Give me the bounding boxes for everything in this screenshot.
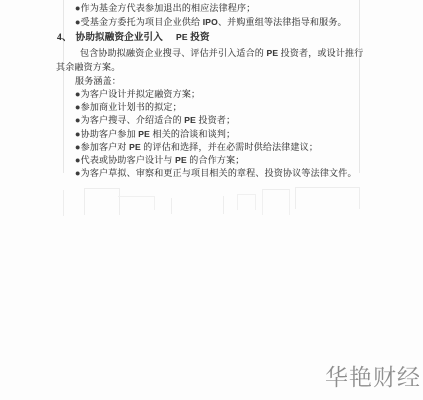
table-cell-outline (262, 189, 290, 215)
paragraph-line: 包含协助拟融资企业搜寻、评估并引入适合的 PE 投资者，或设计推行 (80, 48, 363, 58)
service-item: ●为客户搜寻、介绍适合的 PE 投资者； (75, 115, 235, 125)
bullet-line: ●作为基金方代表参加退出的相应法律程序； (75, 3, 255, 13)
table-line (223, 196, 224, 214)
service-item: ●为客户草拟、审察和更正与项目相关的章程、投资协议等法律文件。 (75, 168, 357, 178)
table-line (63, 190, 64, 216)
table-cell-outline (237, 194, 256, 210)
paragraph-line: 其余融资方案。 (56, 62, 120, 72)
page-right-border (359, 0, 360, 173)
service-item: ●参加商业计划书的拟定； (75, 102, 182, 112)
table-line (154, 196, 155, 210)
table-line (118, 196, 154, 197)
table-line (171, 198, 172, 214)
section-number: 4、 (57, 33, 72, 43)
service-item: ●为客户设计并拟定融资方案； (75, 89, 200, 99)
bullet-line: ●受基金方委托为项目企业供给 IPO、并购重组等法律指导和服务。 (75, 17, 347, 27)
section-heading: 4、协助拟融资企业引入PE 投资 (57, 32, 210, 43)
watermark: 华艳财经 (325, 359, 421, 392)
service-item: ●协助客户参加 PE 相关的洽谈和谈判； (75, 129, 235, 139)
section-title: 协助拟融资企业引入 (76, 33, 163, 43)
table-cell-outline (84, 188, 120, 215)
document-page: ●作为基金方代表参加退出的相应法律程序； ●受基金方委托为项目企业供给 IPO、… (0, 0, 423, 400)
service-item: ●代表或协助客户设计与 PE 的合作方案； (75, 155, 245, 165)
services-label: 服务涵盖： (75, 76, 121, 86)
service-item: ●参加客户对 PE 的评估和选择，并在必需时供给法律建议； (75, 142, 318, 152)
section-title-en: PE 投资 (176, 33, 210, 43)
table-cell-outline (295, 187, 360, 209)
page-left-border (63, 0, 64, 173)
